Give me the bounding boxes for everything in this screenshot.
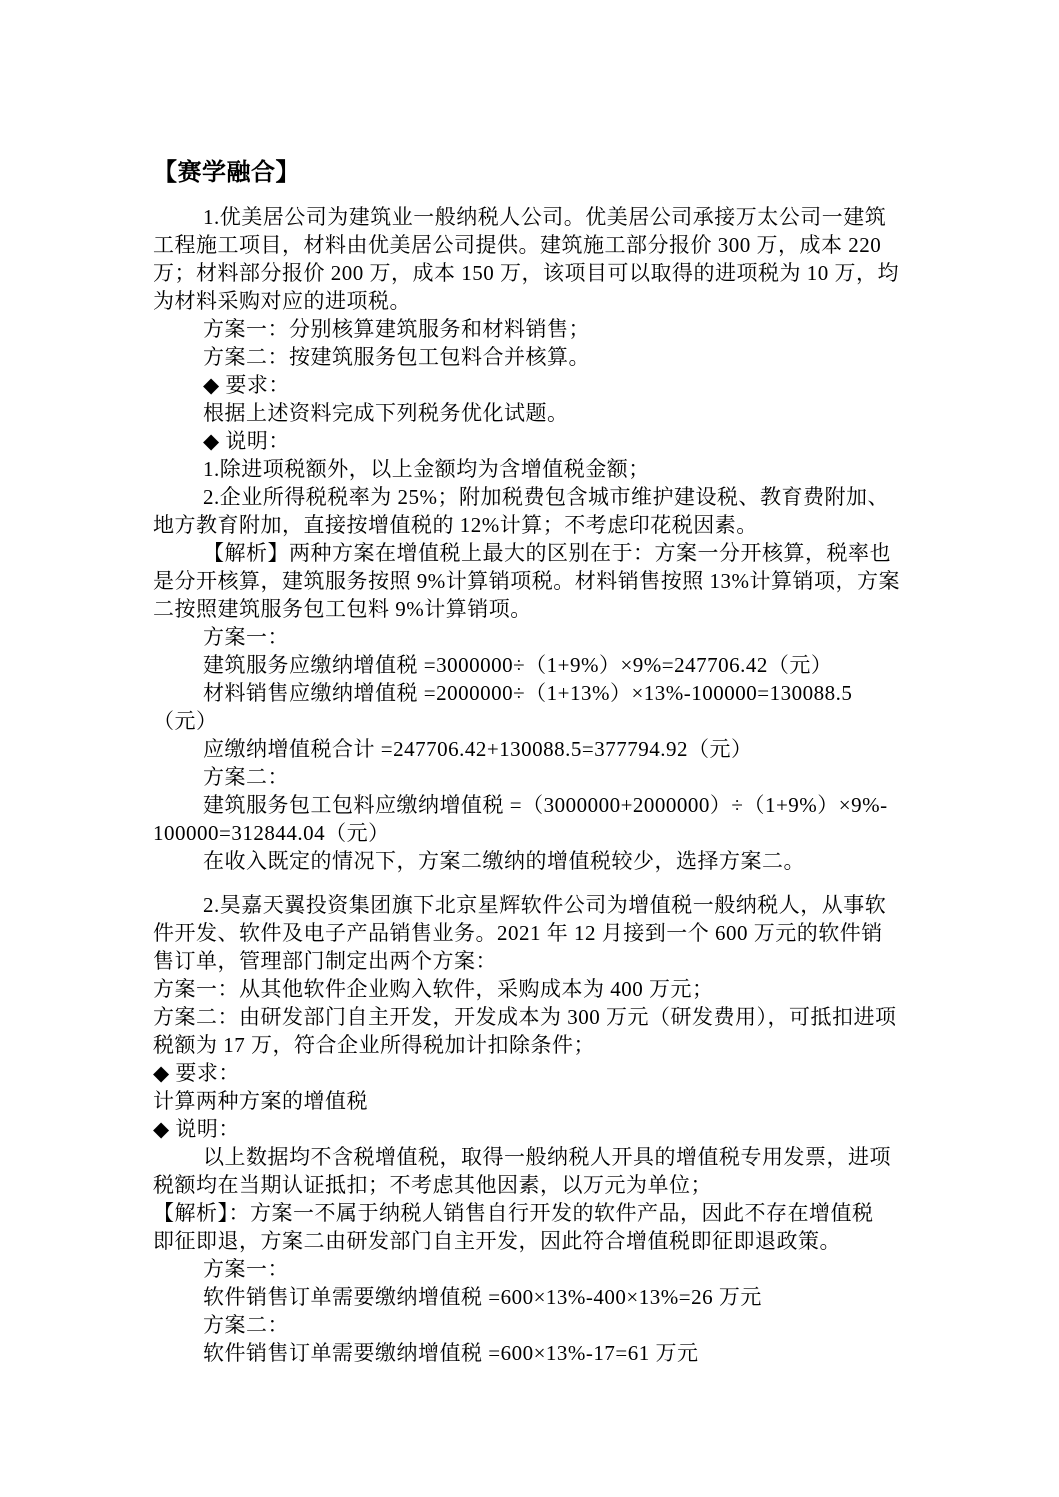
text-line: 【解析】：方案一不属于纳税人销售自行开发的软件产品，因此不存在增值税: [153, 1199, 1019, 1227]
doc-title: 【赛学融合】: [153, 158, 1019, 188]
section-spacer: [153, 875, 1019, 891]
text-line: 1.优美居公司为建筑业一般纳税人公司。优美居公司承接万太公司一建筑: [153, 203, 1019, 231]
text-line: 2.昊嘉天翼投资集团旗下北京星辉软件公司为增值税一般纳税人，从事软: [153, 891, 1019, 919]
text-line: 方案一：从其他软件企业购入软件，采购成本为 400 万元；: [153, 975, 1019, 1003]
text-line: 即征即退，方案二由研发部门自主开发，因此符合增值税即征即退政策。: [153, 1227, 1019, 1255]
text-line: 方案一：: [153, 1255, 1019, 1283]
text-line: 1.除进项税额外，以上金额均为含增值税金额；: [153, 455, 1019, 483]
formula-line: 软件销售订单需要缴纳增值税 =600×13%-17=61 万元: [153, 1339, 1019, 1367]
text-line: 二按照建筑服务包工包料 9%计算销项。: [153, 595, 1019, 623]
text-line: 万；材料部分报价 200 万，成本 150 万，该项目可以取得的进项税为 10 …: [153, 259, 1019, 287]
text-line: 以上数据均不含税增值税，取得一般纳税人开具的增值税专用发票，进项: [153, 1143, 1019, 1171]
text-line: 地方教育附加，直接按增值税的 12%计算；不考虑印花税因素。: [153, 511, 1019, 539]
formula-line: 材料销售应缴纳增值税 =2000000÷（1+13%）×13%-100000=1…: [153, 679, 1019, 707]
bullet-line: ◆ 说明：: [153, 427, 1019, 455]
formula-line: 建筑服务应缴纳增值税 =3000000÷（1+9%）×9%=247706.42（…: [153, 651, 1019, 679]
problem-1: 1.优美居公司为建筑业一般纳税人公司。优美居公司承接万太公司一建筑 工程施工项目…: [153, 203, 1019, 875]
text-line: 根据上述资料完成下列税务优化试题。: [153, 399, 1019, 427]
text-line: 方案一：分别核算建筑服务和材料销售；: [153, 315, 1019, 343]
text-line: 方案二：: [153, 1311, 1019, 1339]
text-line: 方案二：由研发部门自主开发，开发成本为 300 万元（研发费用），可抵扣进项: [153, 1003, 1019, 1031]
formula-line: 100000=312844.04（元）: [153, 819, 1019, 847]
formula-line: 应缴纳增值税合计 =247706.42+130088.5=377794.92（元…: [153, 735, 1019, 763]
formula-line: 建筑服务包工包料应缴纳增值税 =（3000000+2000000）÷（1+9%）…: [153, 791, 1019, 819]
text-line: 为材料采购对应的进项税。: [153, 287, 1019, 315]
text-line: 计算两种方案的增值税: [153, 1087, 1019, 1115]
title-spacer: [153, 188, 1019, 203]
bullet-line: ◆ 要求：: [153, 1059, 1019, 1087]
text-line: 税额为 17 万，符合企业所得税加计扣除条件；: [153, 1031, 1019, 1059]
formula-line: 软件销售订单需要缴纳增值税 =600×13%-400×13%=26 万元: [153, 1283, 1019, 1311]
text-line: 税额均在当期认证抵扣；不考虑其他因素，以万元为单位；: [153, 1171, 1019, 1199]
bullet-line: ◆ 要求：: [153, 371, 1019, 399]
text-line: 工程施工项目，材料由优美居公司提供。建筑施工部分报价 300 万，成本 220: [153, 231, 1019, 259]
bullet-line: ◆ 说明：: [153, 1115, 1019, 1143]
text-line: 在收入既定的情况下，方案二缴纳的增值税较少，选择方案二。: [153, 847, 1019, 875]
text-line: 件开发、软件及电子产品销售业务。2021 年 12 月接到一个 600 万元的软…: [153, 919, 1019, 947]
text-line: 是分开核算，建筑服务按照 9%计算销项税。材料销售按照 13%计算销项，方案: [153, 567, 1019, 595]
text-line: 【解析】两种方案在增值税上最大的区别在于：方案一分开核算，税率也: [153, 539, 1019, 567]
document-page: 【赛学融合】 1.优美居公司为建筑业一般纳税人公司。优美居公司承接万太公司一建筑…: [0, 0, 1059, 1497]
text-line: 方案一：: [153, 623, 1019, 651]
text-line: 方案二：按建筑服务包工包料合并核算。: [153, 343, 1019, 371]
formula-line: （元）: [153, 707, 1019, 735]
problem-2: 2.昊嘉天翼投资集团旗下北京星辉软件公司为增值税一般纳税人，从事软 件开发、软件…: [153, 891, 1019, 1367]
text-line: 2.企业所得税税率为 25%；附加税费包含城市维护建设税、教育费附加、: [153, 483, 1019, 511]
text-line: 方案二：: [153, 763, 1019, 791]
text-line: 售订单，管理部门制定出两个方案：: [153, 947, 1019, 975]
